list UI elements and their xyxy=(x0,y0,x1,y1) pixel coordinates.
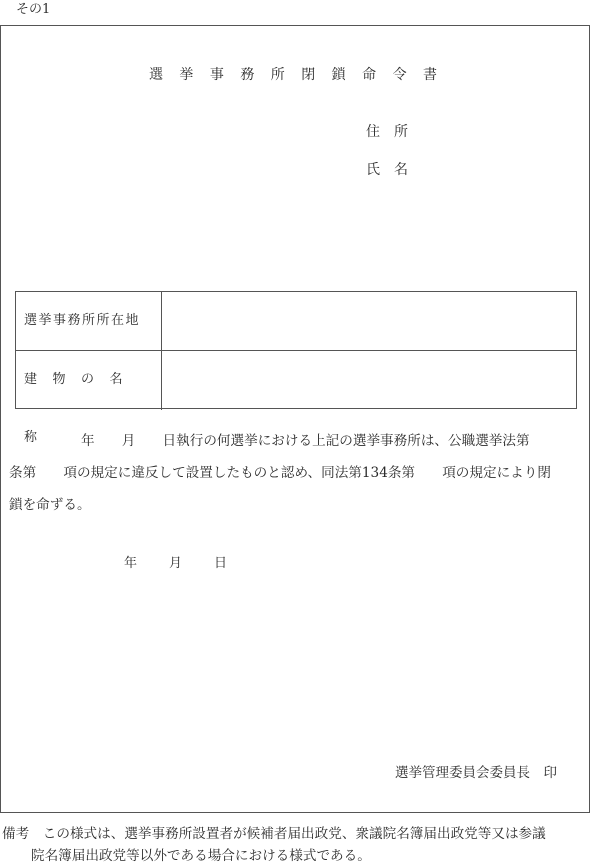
issuer-signature: 選挙管理委員会委員長 印 xyxy=(395,761,557,781)
office-info-table: 選挙事務所所在地 建物の名称 xyxy=(15,291,577,409)
document-frame xyxy=(0,25,590,813)
remarks-line-1: 備考 この様式は、選挙事務所設置者が候補者届出政党、衆議院名簿届出政党等又は参議 xyxy=(2,823,592,845)
table-row-building-name: 建物の名称 xyxy=(16,351,576,410)
order-body-line-2: 条第 項の規定に違反して設置したものと認め、同法第134条第 項の規定により閉 xyxy=(9,457,584,489)
name-label: 氏名 xyxy=(366,159,422,179)
issue-date: 年月日 xyxy=(124,552,227,571)
document-title: 選 挙 事 務 所 閉 鎖 命 令 書 xyxy=(0,64,592,84)
date-month: 月 xyxy=(169,552,182,571)
building-name-field[interactable] xyxy=(162,351,576,410)
address-label: 住所 xyxy=(366,121,422,141)
order-body-line-3: 鎖を命ずる。 xyxy=(9,489,584,521)
order-body-line-1: 年 月 日執行の何選挙における上記の選挙事務所は、公職選挙法第 xyxy=(9,425,584,457)
office-location-label: 選挙事務所所在地 xyxy=(16,292,162,350)
building-name-label: 建物の名称 xyxy=(16,351,162,410)
table-row-office-location: 選挙事務所所在地 xyxy=(16,292,576,351)
remarks-line-2: 院名簿届出政党等以外である場合における様式である。 xyxy=(2,845,592,865)
date-day: 日 xyxy=(214,552,227,571)
date-year: 年 xyxy=(124,552,137,571)
order-body: 年 月 日執行の何選挙における上記の選挙事務所は、公職選挙法第 条第 項の規定に… xyxy=(9,425,584,521)
remarks-note: 備考 この様式は、選挙事務所設置者が候補者届出政党、衆議院名簿届出政党等又は参議… xyxy=(2,823,592,865)
office-location-field[interactable] xyxy=(162,292,576,350)
form-number: その1 xyxy=(16,0,50,17)
